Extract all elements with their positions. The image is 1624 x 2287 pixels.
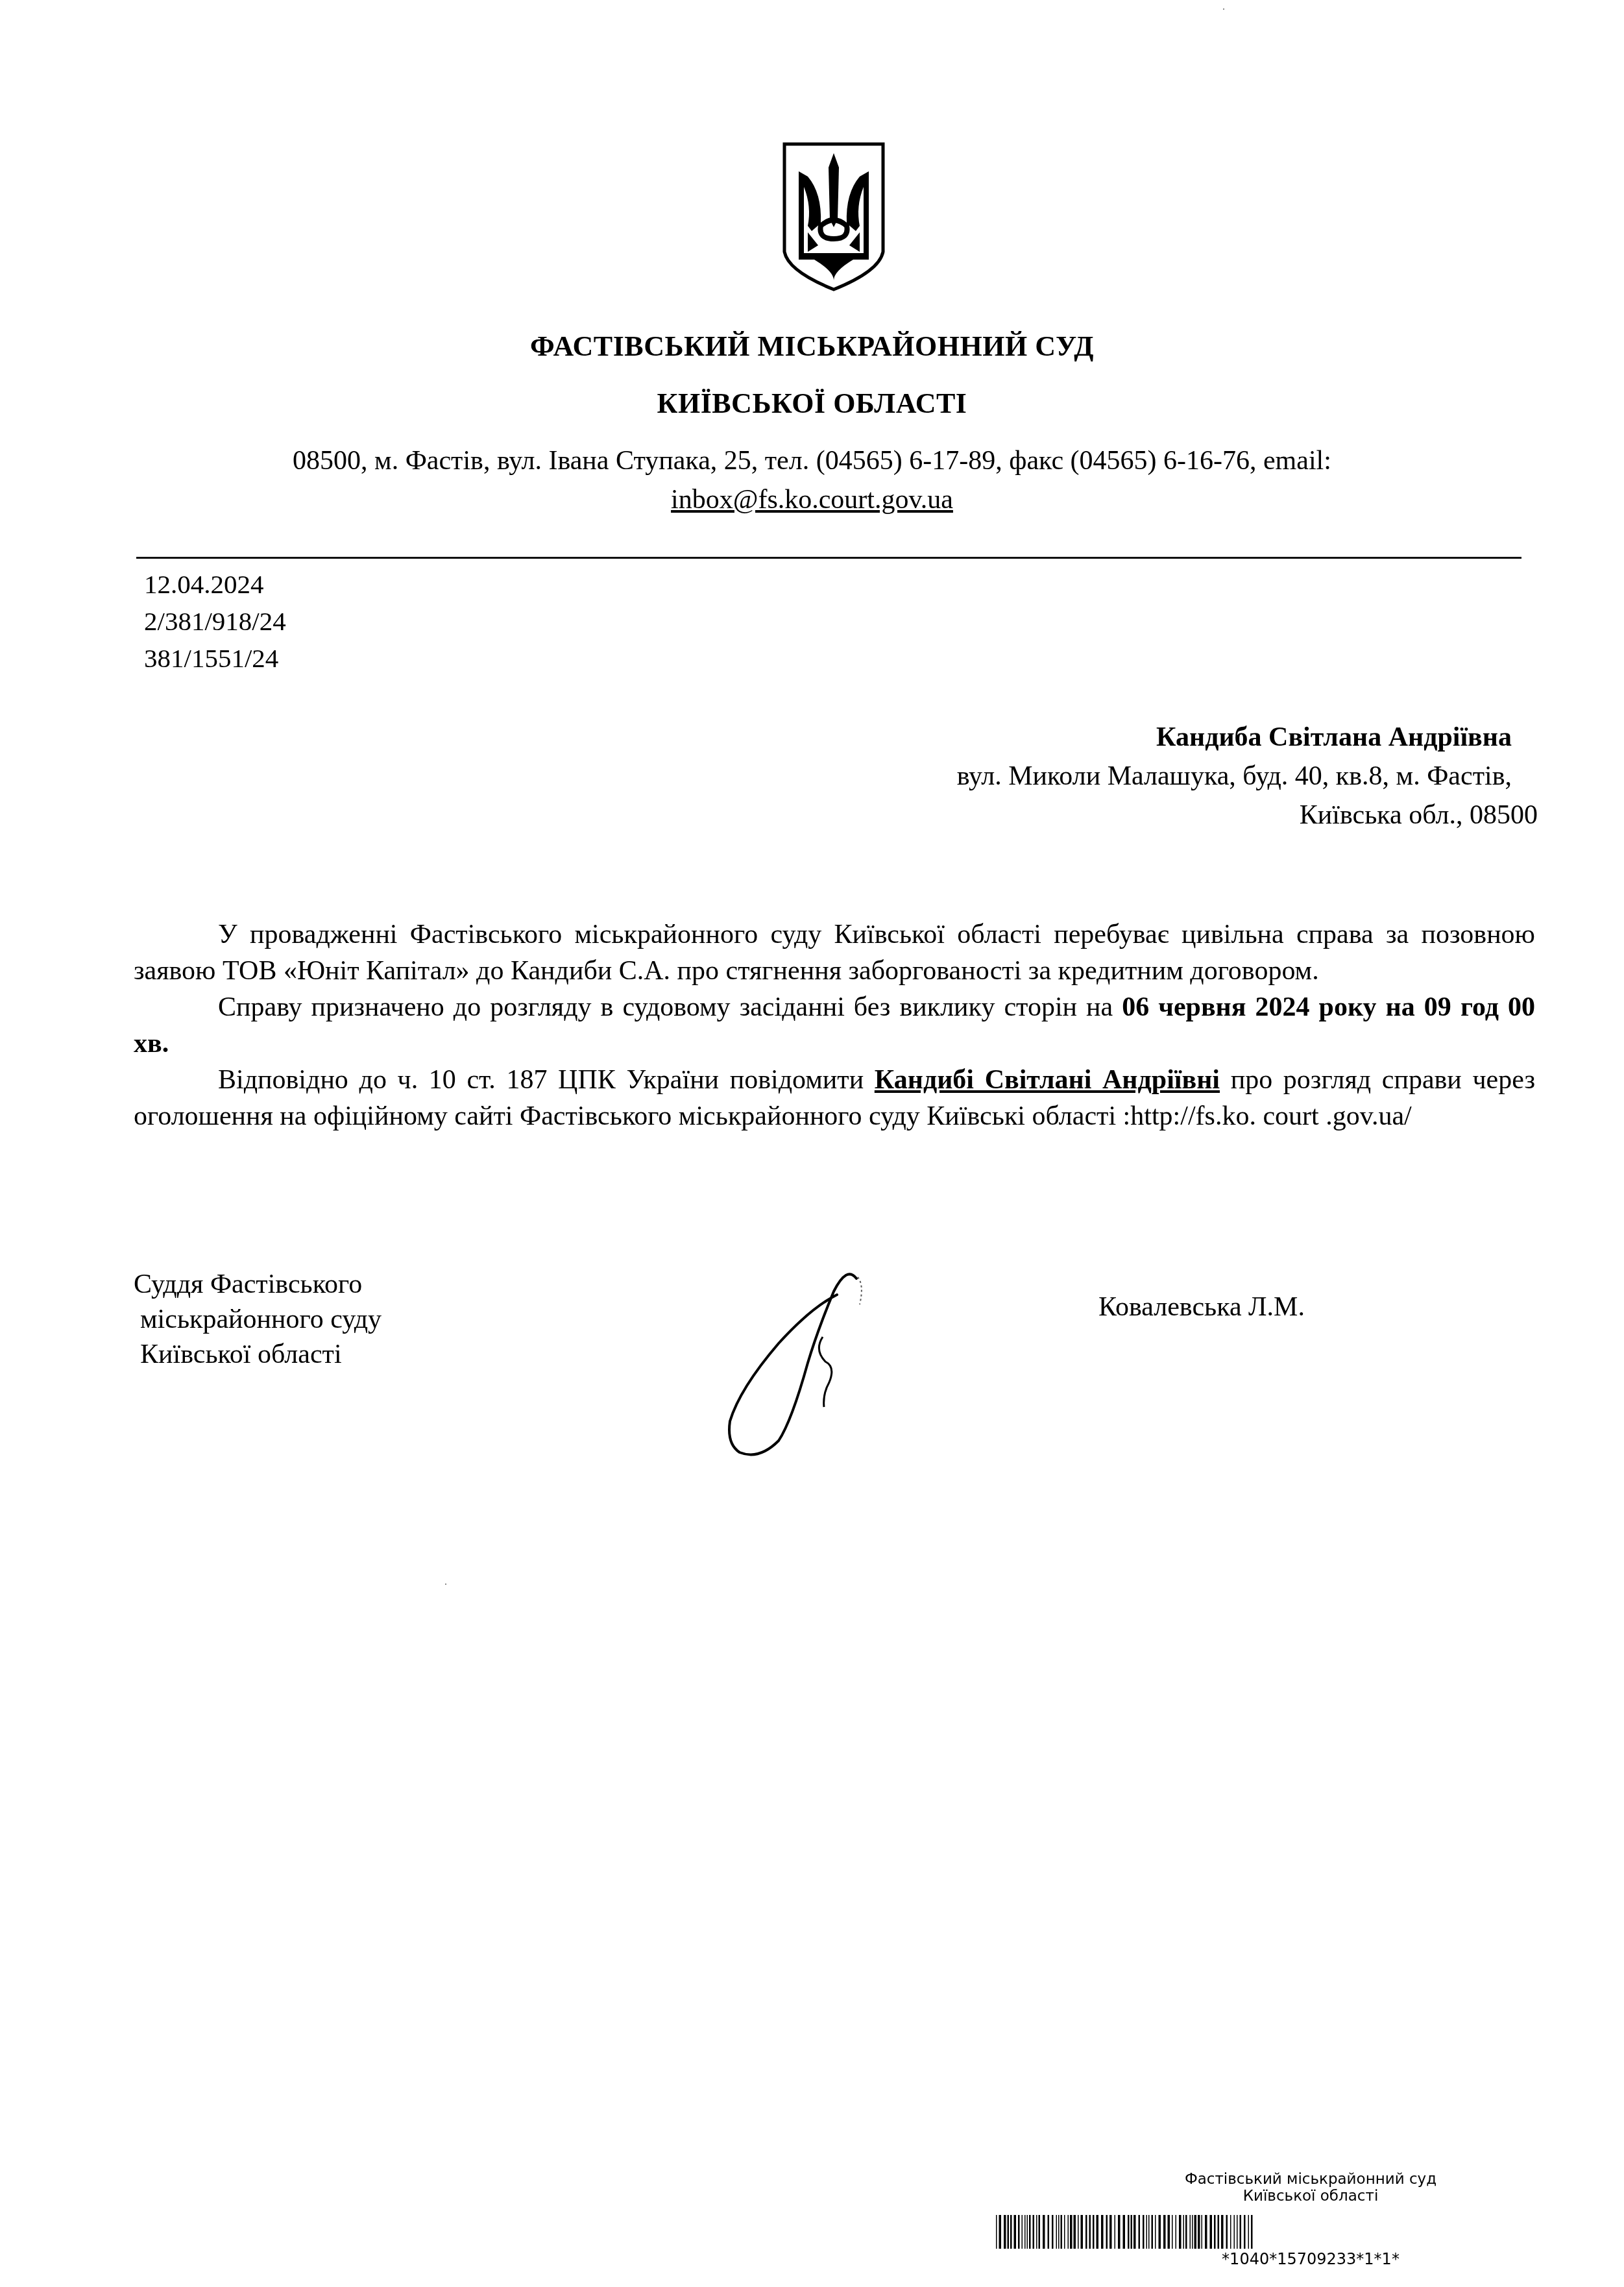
email-link[interactable]: inbox@fs.ko.court.gov.ua [671, 485, 953, 515]
court-name-line2: КИЇВСЬКОЇ ОБЛАСТІ [0, 387, 1624, 420]
hearing-text: Справу призначено до розгляду в судовому… [218, 992, 1122, 1022]
contacts-line: 08500, м. Фастів, вул. Івана Ступака, 25… [0, 441, 1624, 480]
judge-title-block: Суддя Фастівського міськрайонного суду К… [134, 1267, 382, 1372]
court-contacts: 08500, м. Фастів, вул. Івана Ступака, 25… [0, 441, 1624, 519]
judge-title-line1: Суддя Фастівського [134, 1267, 382, 1302]
paragraph-notification: Відповідно до ч. 10 ст. 187 ЦПК України … [134, 1062, 1535, 1134]
addressee-name: Кандиба Світлана Андріївна [957, 718, 1512, 757]
court-name-line1: ФАСТІВСЬКИЙ МІСЬКРАЙОННИЙ СУД [0, 330, 1624, 363]
judge-name: Ковалевська Л.М. [1098, 1291, 1305, 1323]
scan-speck [445, 1584, 446, 1585]
addressee-address-line1: вул. Миколи Малашука, буд. 40, кв.8, м. … [957, 757, 1512, 796]
outgoing-number: 381/1551/24 [144, 640, 286, 677]
letter-body: У провадженні Фастівського міськрайонног… [134, 916, 1535, 1134]
stamp-line2: Київської області [986, 2188, 1624, 2205]
document-date: 12.04.2024 [144, 566, 286, 603]
notified-person-name: Кандибі Світлані Андріївні [875, 1065, 1220, 1095]
coat-of-arms-icon [782, 141, 886, 292]
addressee-block: Кандиба Світлана Андріївна вул. Миколи М… [957, 718, 1538, 835]
paragraph-proceedings: У провадженні Фастівського міськрайонног… [134, 916, 1535, 989]
addressee-address-line2: Київська обл., 08500 [957, 796, 1538, 835]
handwritten-signature-icon [675, 1246, 889, 1480]
barcode-number: *1040*15709233*1*1* [986, 2250, 1624, 2268]
scan-speck [1223, 8, 1224, 10]
court-stamp: Фастівський міськрайонний суд Київської … [986, 2171, 1624, 2205]
judge-title-line2: міськрайонного суду [134, 1302, 382, 1337]
header-divider [136, 557, 1521, 559]
judge-title-line3: Київської області [134, 1337, 382, 1372]
paragraph-hearing-date: Справу призначено до розгляду в судовому… [134, 989, 1535, 1062]
document-references: 12.04.2024 2/381/918/24 381/1551/24 [144, 566, 286, 677]
barcode-icon [996, 2215, 1255, 2249]
case-number: 2/381/918/24 [144, 603, 286, 640]
stamp-line1: Фастівський міськрайонний суд [986, 2171, 1624, 2188]
notification-text-before: Відповідно до ч. 10 ст. 187 ЦПК України … [218, 1065, 875, 1095]
